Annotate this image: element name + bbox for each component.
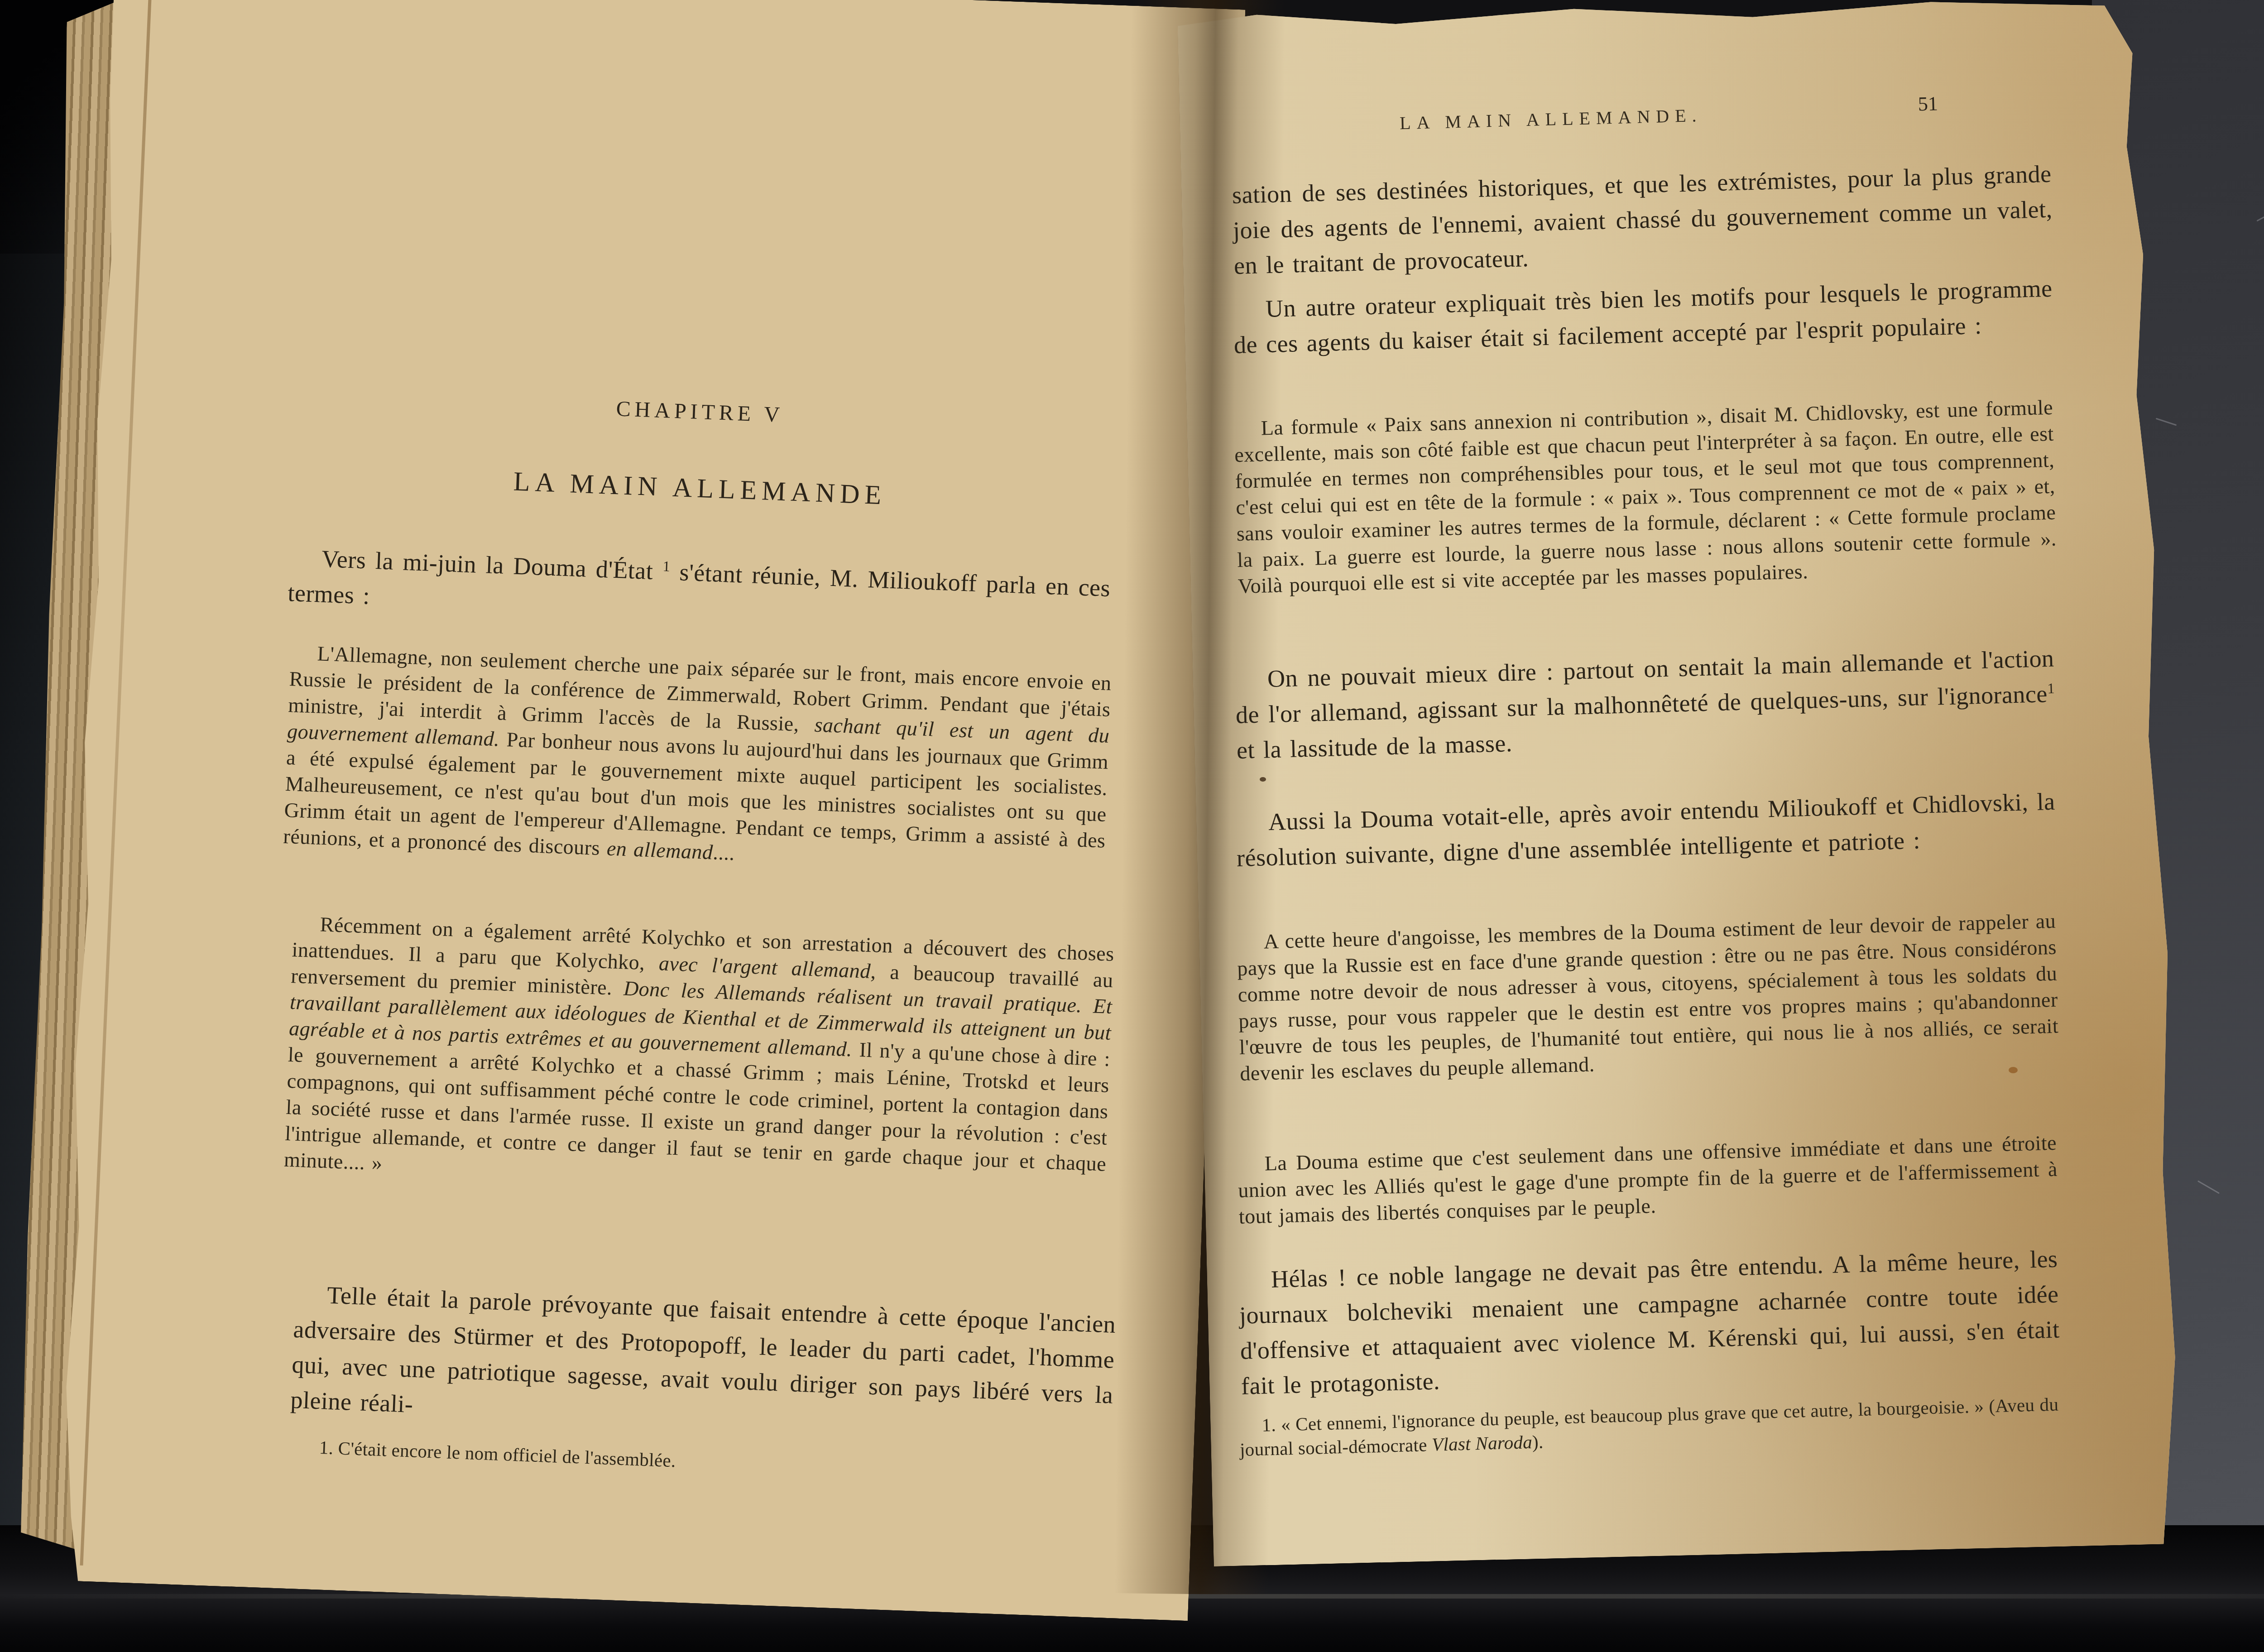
paragraph-continuation: sation de ses destinées historiques, et … xyxy=(1232,156,2054,283)
page-number: 51 xyxy=(1918,92,1938,115)
quoted-formula-paragraph: La formule « Paix sans annexion ni contr… xyxy=(1233,394,2058,600)
paragraph-helas: Hélas ! ce noble langage ne devait pas ê… xyxy=(1238,1241,2061,1404)
paragraph-comment: On ne pouvait mieux dire : partout on se… xyxy=(1234,641,2057,768)
quoted-resolution-paragraph: A cette heure d'angoisse, les membres de… xyxy=(1236,908,2059,1087)
stain-spot xyxy=(2009,1067,2018,1073)
ink-speck xyxy=(1260,777,1266,782)
quoted-speech-paragraph: Récemment on a également arrêté Kolychko… xyxy=(283,910,1114,1204)
photo-open-book: CHAPITRE V LA MAIN ALLEMANDE Vers la mi-… xyxy=(0,0,2264,1652)
quoted-speech-paragraph: L'Allemagne, non seulement cherche une p… xyxy=(283,639,1112,880)
